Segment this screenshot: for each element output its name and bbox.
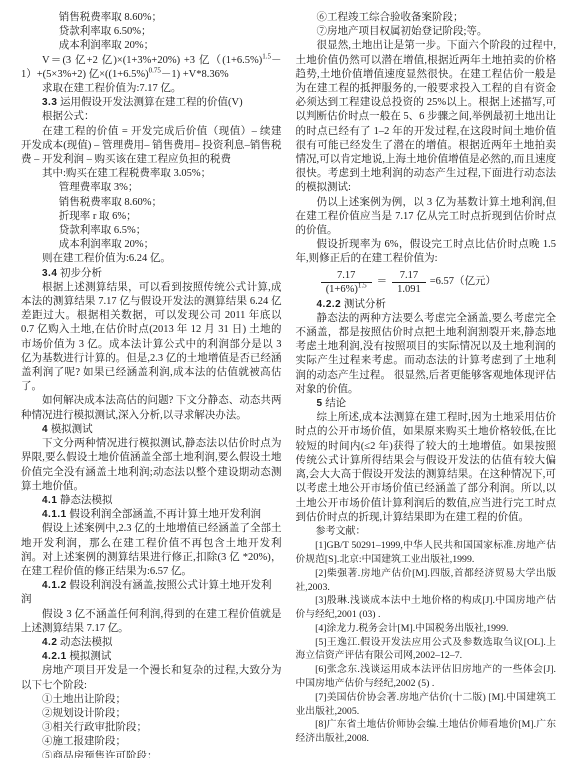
formula-text: －1) +V*8.36% — [161, 69, 229, 80]
reference-entry: [1]GB/T 50291–1999,中华人民共和国国家标准.房地产估价规范[S… — [296, 539, 557, 567]
stage-list-item: ⑤商品房预售许可阶段； — [21, 750, 282, 758]
section-title: 静态法模拟 — [60, 495, 113, 506]
denominator: 1.091 — [392, 282, 426, 296]
exponent: 0.75 — [149, 66, 161, 74]
parameter-line: 销售税费率取 8.60%； — [21, 196, 282, 210]
section-title: 运用假设开发法测算在建工程的价值(V) — [60, 97, 243, 108]
paragraph: 很显然,土地出让是第一步。下面六个阶段的过程中,土地价值仍然可以潜在增值,根据近… — [296, 39, 557, 195]
section-heading: 5 结论 — [296, 397, 557, 411]
reference-entry: [7]美国估价协会著.房地产估价(十二版) [M].中国建筑工业出版社,2005… — [296, 691, 557, 719]
reference-entry: [5]王逸江.假设开发法应用公式及参数选取刍议[OL].上海立信资产评估有限公司… — [296, 636, 557, 664]
section-heading: 4.2.2 测试分析 — [296, 298, 557, 312]
formula-text: V＝(3 亿+2 亿)×(1+3%+20%) +3 亿（(1+6.5%) — [42, 55, 262, 66]
paragraph: 综上所述,成本法测算在建工程时,因为土地采用估价时点的公开市场价值，如果原来购买… — [296, 411, 557, 525]
section-title: 动态法模拟 — [60, 637, 113, 648]
section-title: 结论 — [325, 398, 346, 409]
section-title: 测试分析 — [344, 299, 386, 310]
paragraph: 求取在建工程价值为:7.17 亿。 — [21, 82, 282, 96]
numerator: 7.17 — [332, 269, 360, 282]
denominator-base: (1+6%) — [326, 284, 358, 295]
stage-list-item: ④施工报建阶段； — [21, 735, 282, 749]
section-heading: 3.3 运用假设开发法测算在建工程的价值(V) — [21, 96, 282, 110]
section-heading: 4.2 动态法模拟 — [21, 636, 282, 650]
paragraph: 假设折现率为 6%，假设完工时点比估价时点晚 1.5 年,则修正后的在建工程价值… — [296, 238, 557, 266]
parameter-line: 折现率 r 取 6%； — [21, 210, 282, 224]
section-heading: 4 模拟测试 — [21, 423, 282, 437]
stage-list-item: ⑥工程竣工综合验收备案阶段； — [296, 11, 557, 25]
reference-entry: [3]殷琳.浅谈成本法中土地价格的构成[J].中国房地产估价与经纪,2001 (… — [296, 594, 557, 622]
section-title: 初步分析 — [60, 268, 102, 279]
section-number: 4.1.1 — [42, 509, 67, 520]
stage-list-item: ②规划设计阶段； — [21, 707, 282, 721]
parameter-line: 管理费率取 3%； — [21, 181, 282, 195]
fraction: 7.171.091 — [392, 269, 426, 296]
section-heading: 4.1.1 假设利润全部涵盖,不再计算土地开发利润 — [21, 508, 282, 522]
paragraph: 则在建工程价值为:6.24 亿。 — [21, 252, 282, 266]
section-heading: 4.1 静态法模拟 — [21, 494, 282, 508]
paragraph: 根据上述测算结果，可以看到按照传统公式计算,成本法的测算结果 7.17 亿与假设… — [21, 281, 282, 395]
section-title: 模拟测试 — [69, 651, 111, 662]
section-number: 4.1.2 — [42, 580, 67, 591]
section-number: 4.1 — [42, 495, 57, 506]
paragraph: 如何解决成本法高估的问题? 下文分静态、动态共两种情况进行模拟测试,深入分析,以… — [21, 394, 282, 422]
parameter-line: 贷款利率取 6.50%； — [21, 25, 282, 39]
paragraph: 在建工程的价值 = 开发完成后价值（现值）– 续建开发成本(现值) – 管理费用… — [21, 125, 282, 168]
section-number: 4.2 — [42, 637, 57, 648]
reference-entry: [6]张念东.浅谈运用成本法评估旧房地产的一些体会[J].中国房地产估价与经纪,… — [296, 663, 557, 691]
parameter-line: 销售税费率取 8.60%； — [21, 11, 282, 25]
section-heading: 4.1.2 假设利润没有涵盖,按照公式计算土地开发利润 — [21, 579, 282, 607]
stage-list-item: ①土地出让阶段； — [21, 693, 282, 707]
parameter-line: 贷款利率取 6.5%； — [21, 224, 282, 238]
section-number: 4.2.2 — [317, 299, 342, 310]
equals-sign: ＝ — [375, 275, 390, 289]
parameter-line: 成本利润率取 20%； — [21, 238, 282, 252]
section-title: 模拟测试 — [51, 424, 93, 435]
left-column: 销售税费率取 8.60%；贷款利率取 6.50%；成本利润率取 20%；V＝(3… — [21, 11, 282, 748]
section-heading: 4.2.1 模拟测试 — [21, 650, 282, 664]
stage-list-item: ③相关行政审批阶段； — [21, 721, 282, 735]
paragraph: 下文分两种情况进行模拟测试,静态法以估价时点为界限,要么假设土地价值涵盖全部土地… — [21, 437, 282, 494]
inline-formula: V＝(3 亿+2 亿)×(1+3%+20%) +3 亿（(1+6.5%)1.5－… — [21, 54, 282, 82]
paragraph: 假设上述案例中,2.3 亿的土地增值已经涵盖了全部土地开发利润，那么在建工程价值… — [21, 522, 282, 579]
reference-entry: [2]柴强著.房地产估价[M].四版,首都经济贸易大学出版社,2003. — [296, 567, 557, 595]
paragraph: 其中:购买在建工程税费率取 3.05%； — [21, 167, 282, 181]
paragraph: 假设 3 亿不涵盖任何利润,得到的在建工程价值就是上述测算结果 7.17 亿。 — [21, 608, 282, 636]
exponent: 1.5 — [358, 281, 367, 289]
fraction: 7.17(1+6%)1.5 — [321, 269, 372, 296]
fraction-formula: 7.17(1+6%)1.5＝7.171.091=6.57（亿元） — [296, 269, 557, 296]
reference-entry: [8]广东省土地估价师协会编.土地估价师看地价[M].广东经济出版社,2008. — [296, 718, 557, 746]
references-heading: 参考文献： — [296, 525, 557, 539]
right-column: ⑥工程竣工综合验收备案阶段；⑦房地产项目权属初始登记阶段;等。很显然,土地出让是… — [296, 11, 557, 748]
paragraph: 房地产项目开发是一个漫长和复杂的过程,大致分为以下七个阶段: — [21, 664, 282, 692]
section-number: 3.4 — [42, 268, 57, 279]
section-number: 4.2.1 — [42, 651, 67, 662]
paper-page: 销售税费率取 8.60%；贷款利率取 6.50%；成本利润率取 20%；V＝(3… — [0, 0, 577, 758]
section-heading: 3.4 初步分析 — [21, 267, 282, 281]
numerator: 7.17 — [395, 269, 423, 282]
parameter-line: 成本利润率取 20%； — [21, 39, 282, 53]
section-title: 假设利润全部涵盖,不再计算土地开发利润 — [69, 509, 261, 520]
section-number: 3.3 — [42, 97, 57, 108]
section-number: 5 — [317, 398, 323, 409]
paragraph: 根据公式： — [21, 110, 282, 124]
paragraph: 仍以上述案例为例，以 3 亿为基数计算土地利润,但在建工程价值应当是 7.17 … — [296, 196, 557, 239]
paragraph: 静态法的两种方法要么考虑完全涵盖,要么考虑完全不涵盖，都是按照估价时点把土地利润… — [296, 312, 557, 397]
exponent: 1.5 — [262, 52, 271, 60]
formula-result: =6.57（亿元） — [429, 275, 496, 289]
reference-entry: [4]涂龙力.税务会计[M].中国税务出版社,1999. — [296, 622, 557, 636]
denominator: (1+6%)1.5 — [321, 282, 372, 296]
stage-list-item: ⑦房地产项目权属初始登记阶段;等。 — [296, 25, 557, 39]
section-number: 4 — [42, 424, 48, 435]
